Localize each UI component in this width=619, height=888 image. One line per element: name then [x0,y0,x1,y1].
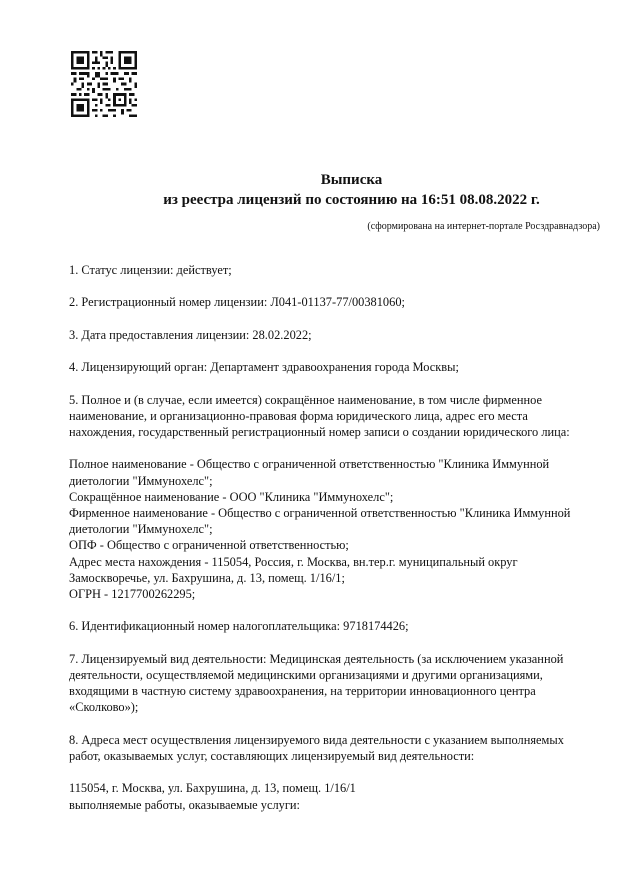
license-reg-number: 2. Регистрационный номер лицензии: Л041-… [69,294,599,310]
entity-address: Адрес места нахождения - 115054, Россия,… [69,554,599,570]
item-8-line: 8. Адреса мест осуществления лицензируем… [69,732,599,748]
item-5-line: 5. Полное и (в случае, если имеется) сок… [69,392,599,408]
item-7-line: «Сколково»); [69,699,599,715]
license-status: 1. Статус лицензии: действует; [69,262,599,278]
entity-ogrn: ОГРН - 1217700262295; [69,586,599,602]
licensed-activity: 7. Лицензируемый вид деятельности: Медиц… [69,651,599,716]
item-7-line: входящими в частную систему здравоохране… [69,683,599,699]
source-note: (сформирована на интернет-портале Росздр… [367,220,600,234]
licensing-body: 4. Лицензирующий орган: Департамент здра… [69,359,599,375]
item-7-line: 7. Лицензируемый вид деятельности: Медиц… [69,651,599,667]
item-8-line: работ, оказываемых услуг, составляющих л… [69,748,599,764]
entity-legal-form: ОПФ - Общество с ограниченной ответствен… [69,537,599,553]
license-issue-date: 3. Дата предоставления лицензии: 28.02.2… [69,327,599,343]
services-label: выполняемые работы, оказываемые услуги: [69,797,599,813]
entity-brand-name: диетологии "Иммунохелс"; [69,521,599,537]
title-line-2: из реестра лицензий по состоянию на 16:5… [0,190,619,210]
entity-full-name: диетологии "Иммунохелс"; [69,473,599,489]
taxpayer-id: 6. Идентификационный номер налогоплатель… [69,618,599,634]
activity-address-line: 115054, г. Москва, ул. Бахрушина, д. 13,… [69,780,599,796]
document-title: Выписка из реестра лицензий по состоянию… [0,170,619,210]
entity-details: Полное наименование - Общество с огранич… [69,456,599,602]
entity-address: Замоскворечье, ул. Бахрушина, д. 13, пом… [69,570,599,586]
item-7-line: деятельности, осуществляемой медицинским… [69,667,599,683]
entity-full-name: Полное наименование - Общество с огранич… [69,456,599,472]
document-body: 1. Статус лицензии: действует; 2. Регист… [69,262,599,813]
title-line-1: Выписка [0,170,619,190]
item-5-line: наименование, и организационно-правовая … [69,408,599,424]
activity-address: 115054, г. Москва, ул. Бахрушина, д. 13,… [69,780,599,812]
entity-brand-name: Фирменное наименование - Общество с огра… [69,505,599,521]
qr-code-icon [71,51,137,117]
activity-addresses-heading: 8. Адреса мест осуществления лицензируем… [69,732,599,764]
item-5-heading: 5. Полное и (в случае, если имеется) сок… [69,392,599,441]
item-5-line: нахождения, государственный регистрацион… [69,424,599,440]
entity-short-name: Сокращённое наименование - ООО "Клиника … [69,489,599,505]
